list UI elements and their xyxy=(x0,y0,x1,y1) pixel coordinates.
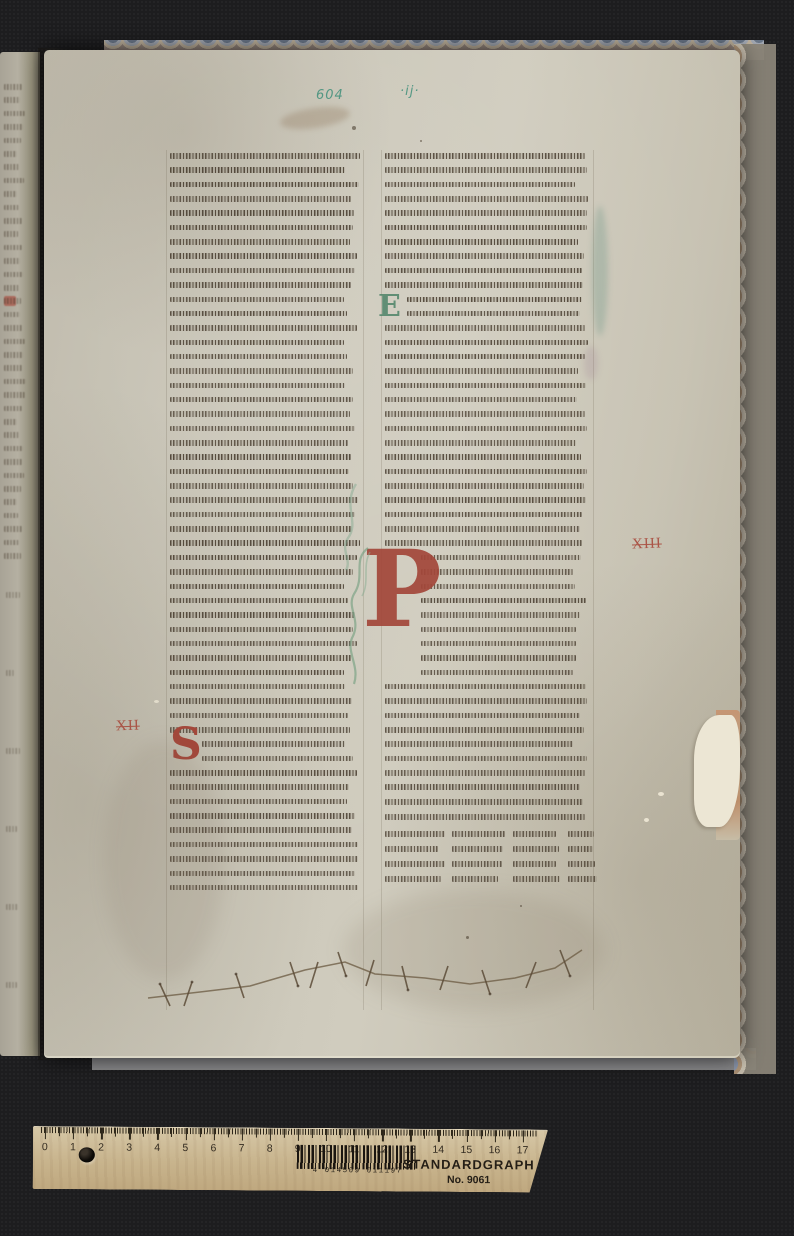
cutoff-text-line xyxy=(6,982,17,988)
text-line xyxy=(170,497,358,503)
cm-tick xyxy=(494,1130,495,1142)
half-cm-tick xyxy=(480,1130,481,1139)
text-line xyxy=(170,856,358,862)
cutoff-text-line xyxy=(4,97,20,103)
intercolumn-flourish xyxy=(336,480,364,574)
text-line xyxy=(385,469,587,475)
text-line xyxy=(170,440,348,446)
cutoff-text-line xyxy=(4,218,22,224)
half-cm-tick xyxy=(312,1129,313,1138)
green-offset-smudge xyxy=(592,206,608,336)
text-line xyxy=(170,555,357,561)
text-line xyxy=(170,512,355,518)
text-line xyxy=(385,454,581,460)
cutoff-text-line xyxy=(6,670,14,676)
cm-number: 7 xyxy=(239,1142,245,1154)
text-line xyxy=(170,670,344,676)
text-line xyxy=(170,325,357,331)
list-cell-line xyxy=(452,846,503,852)
cutoff-text-line xyxy=(4,285,19,291)
text-line xyxy=(385,196,588,202)
half-cm-tick xyxy=(452,1130,453,1139)
cutoff-text-line xyxy=(4,231,18,237)
cm-tick xyxy=(298,1129,299,1141)
cutoff-text-line xyxy=(4,245,22,251)
text-line xyxy=(170,483,353,489)
cm-tick xyxy=(270,1129,271,1141)
cm-tick xyxy=(73,1127,74,1139)
text-line xyxy=(421,598,586,604)
cm-tick xyxy=(129,1128,130,1140)
cutoff-text-line xyxy=(4,406,22,412)
cm-tick xyxy=(242,1128,243,1140)
text-line xyxy=(385,340,588,346)
cm-tick xyxy=(382,1129,383,1141)
cutoff-text-line xyxy=(4,191,17,197)
half-cm-tick xyxy=(199,1128,200,1137)
quire-mark-center: ·ij· xyxy=(400,84,420,99)
text-line xyxy=(170,842,358,848)
text-line xyxy=(170,239,350,245)
cutoff-text-line xyxy=(4,312,20,318)
manuscript-photo: 604 ·ij· S E P XII XIII xyxy=(0,0,794,1236)
text-line xyxy=(385,153,585,159)
cm-number: 0 xyxy=(42,1141,48,1153)
text-line xyxy=(421,612,580,618)
cm-number: 15 xyxy=(460,1144,472,1156)
margin-note-XII: XII xyxy=(116,718,140,736)
text-line xyxy=(385,253,584,259)
text-line xyxy=(385,167,587,173)
text-line xyxy=(170,182,359,188)
cm-tick xyxy=(185,1128,186,1140)
text-line xyxy=(170,655,351,661)
parchment-page: 604 ·ij· S E P XII XIII xyxy=(44,50,740,1058)
cutoff-text-line xyxy=(4,138,21,144)
cm-tick xyxy=(523,1130,524,1142)
text-line xyxy=(170,469,349,475)
text-line xyxy=(170,383,345,389)
text-line xyxy=(170,813,355,819)
facing-page-edge xyxy=(0,52,40,1056)
list-intro-line xyxy=(385,799,583,805)
initial-E: E xyxy=(378,294,401,320)
flaw-dot xyxy=(154,700,159,703)
text-line xyxy=(170,311,347,317)
cutoff-text-line xyxy=(4,446,23,452)
ruling-line xyxy=(166,150,167,1010)
ruler-model: No. 9061 xyxy=(383,1173,555,1186)
text-line xyxy=(385,684,586,690)
list-cell-line xyxy=(452,831,505,837)
text-line xyxy=(385,512,582,518)
cm-tick xyxy=(410,1130,411,1142)
text-line xyxy=(385,713,580,719)
half-cm-tick xyxy=(424,1130,425,1139)
list-cell-line xyxy=(568,861,595,867)
list-cell-line xyxy=(568,876,597,882)
cutoff-text-line xyxy=(4,553,21,559)
text-line xyxy=(170,340,344,346)
text-line xyxy=(170,871,355,877)
text-line xyxy=(385,282,583,288)
cm-number: 14 xyxy=(432,1144,444,1156)
speck xyxy=(520,905,522,907)
text-line xyxy=(170,454,351,460)
text-line xyxy=(385,397,577,403)
cutoff-text-line xyxy=(4,419,17,425)
cutoff-text-line xyxy=(6,826,17,832)
text-line xyxy=(421,641,576,647)
text-line xyxy=(385,727,584,733)
text-line xyxy=(421,555,581,561)
worm-hole xyxy=(644,818,649,822)
text-line xyxy=(421,670,573,676)
text-line xyxy=(170,225,353,231)
text-line xyxy=(385,784,580,790)
half-cm-tick xyxy=(256,1129,257,1138)
cm-tick xyxy=(326,1129,327,1141)
cm-number: 3 xyxy=(126,1142,132,1154)
half-cm-tick xyxy=(368,1129,369,1138)
cutoff-text-line xyxy=(4,339,25,345)
speck xyxy=(352,126,356,130)
text-line xyxy=(407,311,580,317)
cutoff-text-line xyxy=(4,298,21,304)
half-cm-tick xyxy=(284,1129,285,1138)
list-cell-line xyxy=(513,846,559,852)
text-line xyxy=(385,368,578,374)
cm-tick xyxy=(157,1128,158,1140)
text-line xyxy=(170,827,352,833)
text-line xyxy=(170,627,353,633)
cutoff-text-line xyxy=(4,258,20,264)
cutoff-text-line xyxy=(4,432,19,438)
cutoff-text-line xyxy=(4,513,18,519)
cutoff-text-line xyxy=(4,164,19,170)
text-line xyxy=(421,569,573,575)
text-line xyxy=(170,784,349,790)
text-line xyxy=(385,268,582,274)
faint-pink-smudge xyxy=(584,346,598,380)
cutoff-text-line xyxy=(4,124,23,130)
cm-tick xyxy=(466,1130,467,1142)
list-cell-line xyxy=(568,846,593,852)
text-line xyxy=(170,397,353,403)
cutoff-text-line xyxy=(4,84,22,90)
cm-tick xyxy=(354,1129,355,1141)
cm-tick xyxy=(213,1128,214,1140)
text-line xyxy=(385,440,576,446)
half-cm-tick xyxy=(87,1127,88,1136)
text-line xyxy=(170,569,353,575)
text-line xyxy=(170,167,345,173)
cutoff-text-line xyxy=(4,540,19,546)
text-line xyxy=(385,770,585,776)
text-line xyxy=(170,411,350,417)
cutoff-text-line xyxy=(4,365,22,371)
half-cm-tick xyxy=(396,1130,397,1139)
text-line xyxy=(170,210,354,216)
text-line xyxy=(170,297,344,303)
cutoff-text-line xyxy=(4,325,22,331)
text-line xyxy=(202,741,345,747)
text-line xyxy=(385,210,587,216)
half-cm-tick xyxy=(115,1128,116,1137)
text-line xyxy=(385,182,575,188)
list-cell-line xyxy=(452,861,502,867)
ruler-brand: STANDARDGRAPH xyxy=(383,1156,555,1172)
list-cell-line xyxy=(385,876,441,882)
cutoff-text-line xyxy=(4,486,21,492)
list-intro-line xyxy=(385,814,585,820)
text-line xyxy=(170,196,351,202)
text-line xyxy=(385,325,585,331)
text-line xyxy=(385,698,587,704)
quire-mark-left: 604 xyxy=(316,88,344,103)
cutoff-text-line xyxy=(4,392,25,398)
cm-tick xyxy=(45,1127,46,1139)
text-line xyxy=(170,799,347,805)
text-line xyxy=(170,698,352,704)
half-cm-tick xyxy=(509,1130,510,1139)
cutoff-text-line xyxy=(4,352,23,358)
text-line xyxy=(421,627,576,633)
half-cm-tick xyxy=(59,1127,60,1136)
half-cm-tick xyxy=(340,1129,341,1138)
text-line xyxy=(385,483,584,489)
text-line xyxy=(170,641,357,647)
brown-stain xyxy=(279,103,351,133)
speck xyxy=(420,140,422,142)
cm-number: 16 xyxy=(489,1144,501,1156)
text-line xyxy=(170,885,358,891)
text-line xyxy=(170,598,348,604)
cutoff-text-line xyxy=(4,111,25,117)
cm-number: 17 xyxy=(517,1144,529,1156)
text-line xyxy=(170,354,347,360)
cm-tick xyxy=(101,1127,102,1139)
list-cell-line xyxy=(452,876,498,882)
text-line xyxy=(170,153,360,159)
text-line xyxy=(170,426,355,432)
list-cell-line xyxy=(385,861,445,867)
cm-number: 4 xyxy=(154,1142,160,1154)
half-cm-tick xyxy=(143,1128,144,1137)
text-line xyxy=(170,526,352,532)
marbled-endpaper-right-edge xyxy=(734,44,776,1074)
text-line xyxy=(407,297,582,303)
cutoff-text-line xyxy=(4,459,22,465)
list-cell-line xyxy=(385,846,438,852)
text-line xyxy=(170,540,360,546)
cm-number: 1 xyxy=(70,1141,76,1153)
cm-tick xyxy=(438,1130,439,1142)
list-cell-line xyxy=(513,876,560,882)
text-line xyxy=(170,253,357,259)
text-line xyxy=(202,756,353,762)
cutoff-text-line xyxy=(4,379,26,385)
parchment-repair-stitching xyxy=(140,936,590,1020)
cm-number: 8 xyxy=(267,1143,273,1155)
text-line xyxy=(170,282,351,288)
cutoff-text-line xyxy=(4,178,24,184)
list-cell-line xyxy=(385,831,445,837)
text-line xyxy=(170,684,345,690)
text-line xyxy=(385,497,586,503)
cutoff-text-line xyxy=(6,592,20,598)
text-line xyxy=(385,225,587,231)
half-cm-tick xyxy=(228,1128,229,1137)
text-line xyxy=(385,239,578,245)
parchment-chip xyxy=(694,715,740,827)
text-line xyxy=(170,612,355,618)
cm-number: 5 xyxy=(182,1142,188,1154)
cutoff-text-line xyxy=(6,748,20,754)
cutoff-text-line xyxy=(4,473,24,479)
text-line xyxy=(170,584,344,590)
text-line xyxy=(421,584,575,590)
cutoff-text-line xyxy=(4,205,19,211)
text-line xyxy=(385,383,586,389)
ruler: 01234567891011121314151617 4 014509 0111… xyxy=(33,1126,548,1193)
text-line xyxy=(385,426,587,432)
list-cell-line xyxy=(568,831,594,837)
text-line xyxy=(385,411,585,417)
text-line xyxy=(170,268,355,274)
text-line xyxy=(385,756,587,762)
text-line xyxy=(385,354,585,360)
cm-number: 2 xyxy=(98,1141,104,1153)
list-cell-line xyxy=(513,831,556,837)
cutoff-text-line xyxy=(6,904,18,910)
cutoff-text-line xyxy=(4,151,17,157)
text-line xyxy=(421,655,576,661)
worm-hole xyxy=(658,792,664,796)
cutoff-text-line xyxy=(4,526,22,532)
initial-S: S xyxy=(170,726,202,763)
cm-number: 6 xyxy=(210,1142,216,1154)
half-cm-tick xyxy=(171,1128,172,1137)
text-line xyxy=(170,713,348,719)
margin-note-XIII: XIII xyxy=(632,535,662,553)
cutoff-text-line xyxy=(4,499,17,505)
cutoff-text-line xyxy=(4,272,23,278)
list-cell-line xyxy=(513,861,556,867)
text-line xyxy=(170,770,357,776)
text-line xyxy=(170,368,353,374)
text-line xyxy=(385,741,573,747)
ruler-hole xyxy=(79,1147,95,1162)
